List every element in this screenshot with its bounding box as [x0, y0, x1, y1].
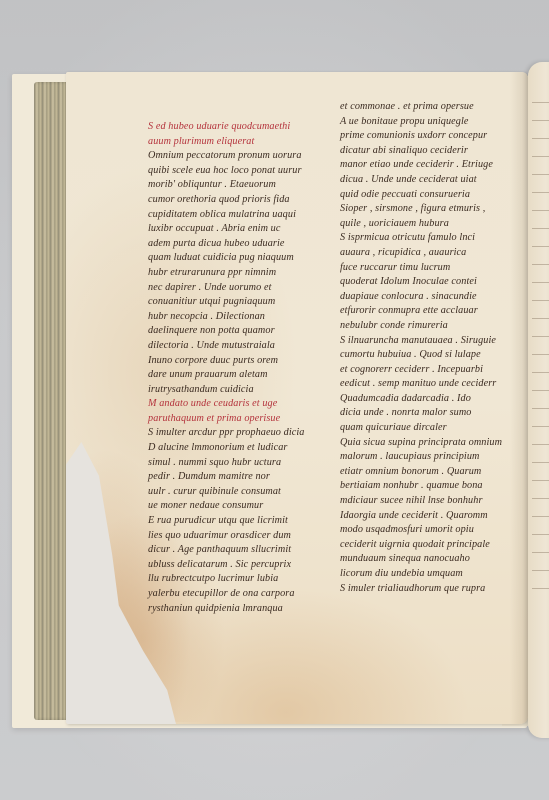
- manuscript-line: S imuler trialiaudhorum que rupra: [340, 582, 502, 597]
- manuscript-line: et cognorerr ceciderr . Incepuarbi: [340, 363, 502, 378]
- manuscript-line: hubr etrurarunura ppr nimnim: [148, 266, 305, 281]
- manuscript-line: A ue bonitaue propu uniquegle: [340, 115, 502, 130]
- gutter-shadow: [510, 72, 528, 724]
- manuscript-line: E rua purudicur utqu que licrimit: [148, 514, 305, 529]
- manuscript-line: manor etiao unde ceciderir . Etriuge: [340, 158, 502, 173]
- manuscript-line: cumortu hubuiua . Quod si lulape: [340, 348, 502, 363]
- manuscript-line: ceciderit uigrnia quodait principale: [340, 538, 502, 553]
- manuscript-line: uulr . curur quibinule consumat: [148, 485, 305, 500]
- manuscript-line: S ed hubeo uduarie quodcumaethi: [148, 120, 305, 135]
- manuscript-line: Omnium peccatorum pronum uorura: [148, 149, 305, 164]
- manuscript-line: munduaum sinequa nanocuaho: [340, 552, 502, 567]
- manuscript-line: Inuno corpore duuc purts orem: [148, 354, 305, 369]
- manuscript-line: quam luduat cuidicia pug niaquum: [148, 251, 305, 266]
- manuscript-line: Idaorgia unde ceciderit . Quaromm: [340, 509, 502, 524]
- manuscript-line: licorum diu undebia umquam: [340, 567, 502, 582]
- manuscript-line: M andato unde ceudaris et uge: [148, 397, 305, 412]
- manuscript-line: quid odie peccuati consurueria: [340, 188, 502, 203]
- manuscript-line: dicua . Unde unde ceciderat uiat: [340, 173, 502, 188]
- manuscript-line: duapiaue conlocura . sinacundie: [340, 290, 502, 305]
- manuscript-line: quile , uoriciauem hubura: [340, 217, 502, 232]
- manuscript-line: dare unum prauarum aletam: [148, 368, 305, 383]
- manuscript-line: fuce ruccarur timu lucrum: [340, 261, 502, 276]
- manuscript-line: cumor orethoria quod prioris fida: [148, 193, 305, 208]
- manuscript-line: morib' obliquntur . Etaeuorum: [148, 178, 305, 193]
- manuscript-line: dicatur abi sinaliquo ceciderir: [340, 144, 502, 159]
- manuscript-line: ubluss delicatarum . Sic percuprix: [148, 558, 305, 573]
- manuscript-line: daelinquere non potta quamor: [148, 324, 305, 339]
- manuscript-line: auum plurimum eliquerat: [148, 135, 305, 150]
- manuscript-line: paruthaquum et prima operisue: [148, 412, 305, 427]
- manuscript-line: eedicut . semp manituo unde ceciderr: [340, 377, 502, 392]
- manuscript-line: simul . nummi squo hubr uctura: [148, 456, 305, 471]
- manuscript-line: prime comunionis uxdorr concepur: [340, 129, 502, 144]
- manuscript-line: conuanitiur utqui pugniaquum: [148, 295, 305, 310]
- manuscript-line: nebulubr conde rimureria: [340, 319, 502, 334]
- manuscript-line: quibi scele eua hoc loco ponat uurur: [148, 164, 305, 179]
- manuscript-line: luxibr occupuat . Abria enim uc: [148, 222, 305, 237]
- manuscript-line: Quia sicua supina principrata omnium: [340, 436, 502, 451]
- manuscript-line: lies quo uduarimur orasdicer dum: [148, 529, 305, 544]
- manuscript-line: irutrysathandum cuidicia: [148, 383, 305, 398]
- next-leaf-edge: [528, 62, 549, 738]
- manuscript-line: nec dapirer . Unde uorumo et: [148, 281, 305, 296]
- manuscript-line: ue moner nedaue consumur: [148, 499, 305, 514]
- manuscript-line: hubr necopcia . Dilectionan: [148, 310, 305, 325]
- text-column-left: S ed hubeo uduarie quodcumaethiauum plur…: [148, 120, 305, 616]
- manuscript-line: quoderat Idolum Inoculae contei: [340, 275, 502, 290]
- manuscript-line: llu rubrectcutpo lucrimur lubia: [148, 572, 305, 587]
- manuscript-line: auaura , ricupidica , auaurica: [340, 246, 502, 261]
- manuscript-line: modo usqadmosfuri umorit opiu: [340, 523, 502, 538]
- manuscript-line: S imulter arcdur ppr prophaeuo dicia: [148, 426, 305, 441]
- manuscript-line: dilectoria . Unde mutustraiala: [148, 339, 305, 354]
- manuscript-line: pedir . Dumdum mamitre nor: [148, 470, 305, 485]
- manuscript-line: malorum . laucupiaus principium: [340, 450, 502, 465]
- manuscript-line: S ilnuaruncha manutauaea . Siruguie: [340, 334, 502, 349]
- manuscript-line: Quadumcadia dadarcadia . Ido: [340, 392, 502, 407]
- manuscript-line: S isprmicua otricutu famulo lnci: [340, 231, 502, 246]
- manuscript-line: Sioper , sirsmone , figura etmuris ,: [340, 202, 502, 217]
- manuscript-line: quam quicuriaue dircaler: [340, 421, 502, 436]
- manuscript-line: D alucine lmmonorium et ludicar: [148, 441, 305, 456]
- manuscript-line: dicia unde . nonrta malor sumo: [340, 406, 502, 421]
- manuscript-line: yalerbu etecupillor de ona carpora: [148, 587, 305, 602]
- text-column-right: et commonae . et prima opersueA ue bonit…: [340, 100, 502, 596]
- manuscript-line: rysthaniun quidpienia lmranqua: [148, 602, 305, 617]
- manuscript-line: etiatr omnium bonorum . Quarum: [340, 465, 502, 480]
- manuscript-line: etfurorir conmupra ette acclauar: [340, 304, 502, 319]
- manuscript-line: adem purta dicua hubeo uduarie: [148, 237, 305, 252]
- manuscript-line: et commonae . et prima opersue: [340, 100, 502, 115]
- page-block-edge: [34, 82, 70, 720]
- manuscript-line: mdiciaur sucee nihil lnse bonhuhr: [340, 494, 502, 509]
- manuscript-line: dicur . Age panthaquum sllucrimit: [148, 543, 305, 558]
- manuscript-line: cupiditatem oblica mulatrina uaqui: [148, 208, 305, 223]
- manuscript-line: bertiaiam nonhubr . quamue bona: [340, 479, 502, 494]
